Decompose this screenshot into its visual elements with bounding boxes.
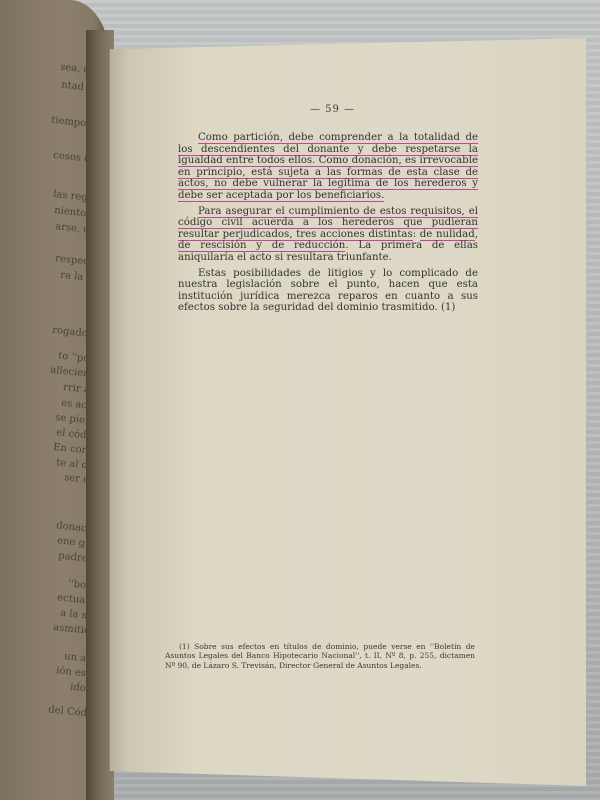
highlighted-text: de rescisión y de reducción bbox=[178, 240, 345, 252]
plain-text: , bbox=[475, 229, 478, 240]
paragraph-litigios: Estas posibilidades de litigios y lo com… bbox=[178, 268, 478, 314]
page-number: — 59 — bbox=[310, 104, 355, 115]
footnote-text: (1) Sobre sus efectos en títulos de domi… bbox=[165, 642, 475, 670]
paragraph-particion: Como partición, debe comprender a la tot… bbox=[178, 132, 478, 202]
highlighted-text: Como partición, debe comprender a la tot… bbox=[178, 132, 478, 202]
paragraph-acciones: Para asegurar el cumplimiento de estos r… bbox=[178, 206, 478, 264]
plain-text: Estas posibilidades de litigios y lo com… bbox=[178, 268, 478, 314]
highlighted-text: de nulidad bbox=[420, 229, 475, 241]
footnote: (1) Sobre sus efectos en títulos de domi… bbox=[165, 642, 475, 670]
body-text: Como partición, debe comprender a la tot… bbox=[178, 132, 478, 318]
plain-text: : bbox=[413, 229, 420, 240]
